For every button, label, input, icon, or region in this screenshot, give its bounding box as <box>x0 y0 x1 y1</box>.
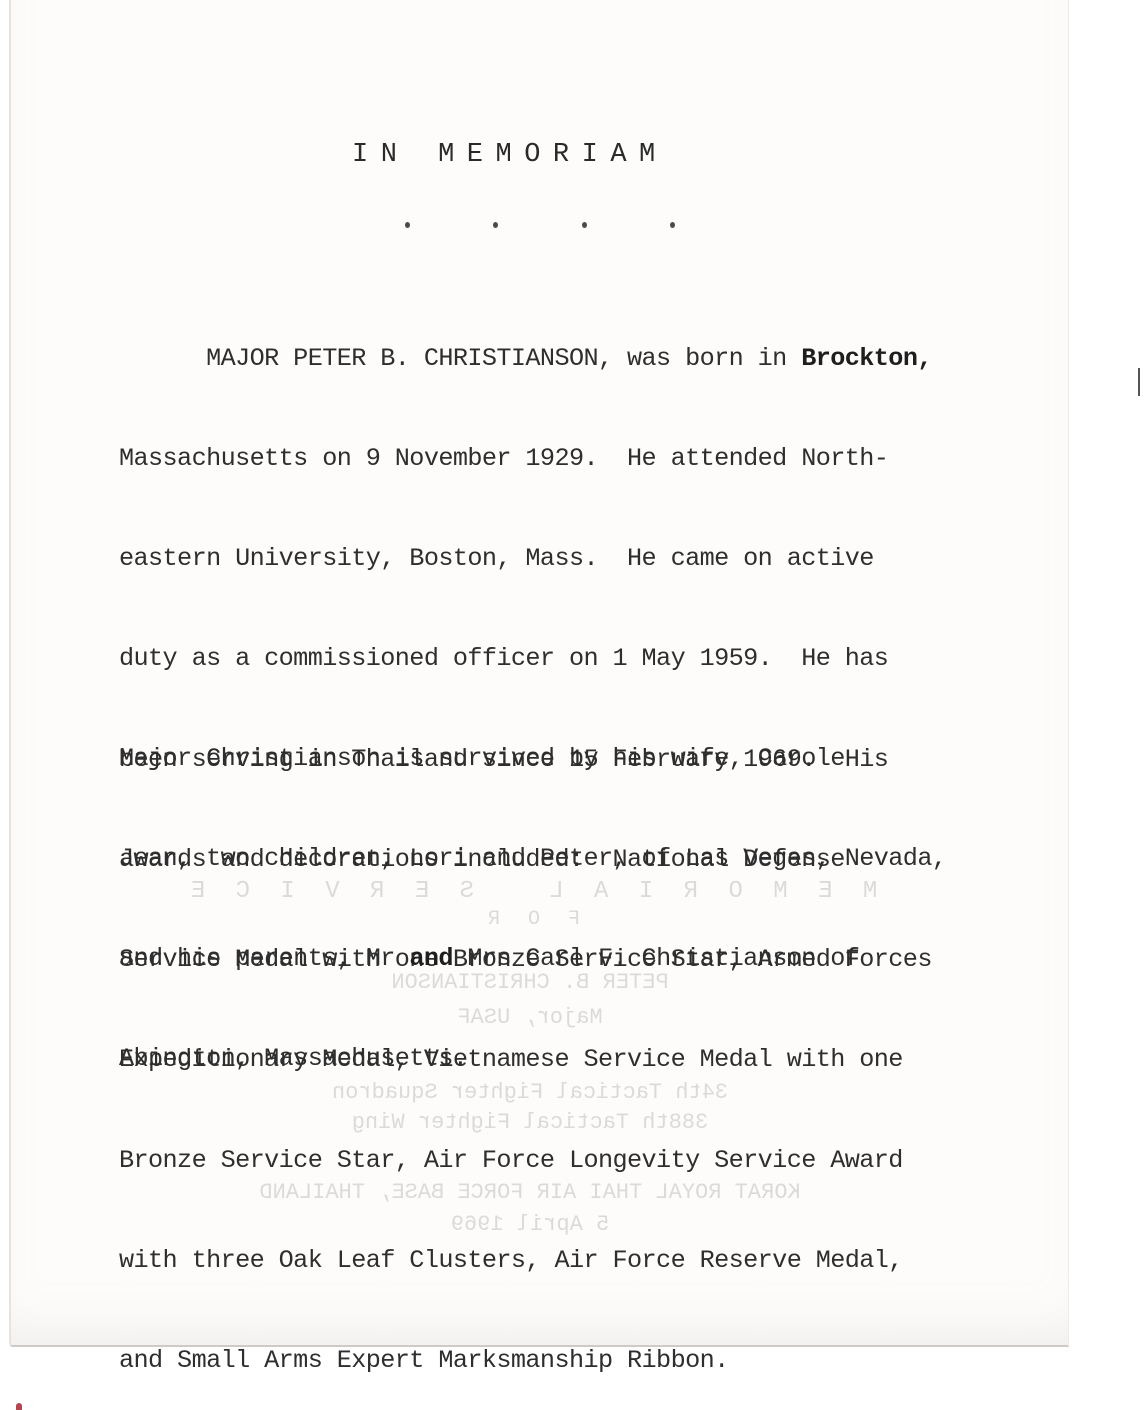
text-line: Bronze Service Star, Air Force Longevity… <box>119 1144 932 1177</box>
text-line: and Small Arms Expert Marksmanship Ribbo… <box>119 1344 932 1377</box>
text-line: Abington, Massachusetts. <box>119 1042 946 1075</box>
text-line: eastern University, Boston, Mass. He cam… <box>119 542 932 575</box>
text-line: Massachusetts on 9 November 1929. He att… <box>119 442 932 475</box>
birthplace-text: Brockton, <box>801 344 932 373</box>
text-line: MAJOR PETER B. CHRISTIANSON, was born in… <box>119 342 932 375</box>
text-line: and his parents, Mr and Mrs Carl F. Chri… <box>119 942 946 975</box>
text-line: with three Oak Leaf Clusters, Air Force … <box>119 1244 932 1277</box>
text-line: Jean, two children, Lori and Peter, of L… <box>119 842 946 875</box>
dot-icon <box>405 222 410 228</box>
text-line: duty as a commissioned officer on 1 May … <box>119 642 932 675</box>
survivors-paragraph: Major Christianson is survived by his wi… <box>119 675 946 1109</box>
pen-mark <box>1138 368 1140 396</box>
red-mark <box>16 1403 22 1410</box>
text-segment: Mrs Carl F. Christianson of <box>453 944 859 973</box>
page-title: IN MEMORIAM <box>352 140 668 170</box>
text-segment-bold: and <box>409 944 453 973</box>
dot-icon <box>493 222 498 228</box>
text-line: Major Christianson is survived by his wi… <box>119 742 946 775</box>
text-segment: MAJOR PETER B. CHRISTIANSON, was born in <box>119 344 801 373</box>
dot-icon <box>670 222 675 228</box>
text-segment: and his parents, Mr <box>119 944 409 973</box>
separator-dots <box>405 222 675 228</box>
dot-icon <box>582 222 587 228</box>
